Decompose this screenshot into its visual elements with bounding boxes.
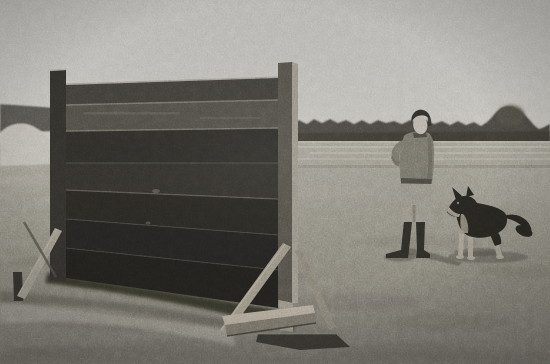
photograph xyxy=(0,0,550,364)
vignette xyxy=(0,0,550,364)
photo-canvas xyxy=(0,0,550,364)
